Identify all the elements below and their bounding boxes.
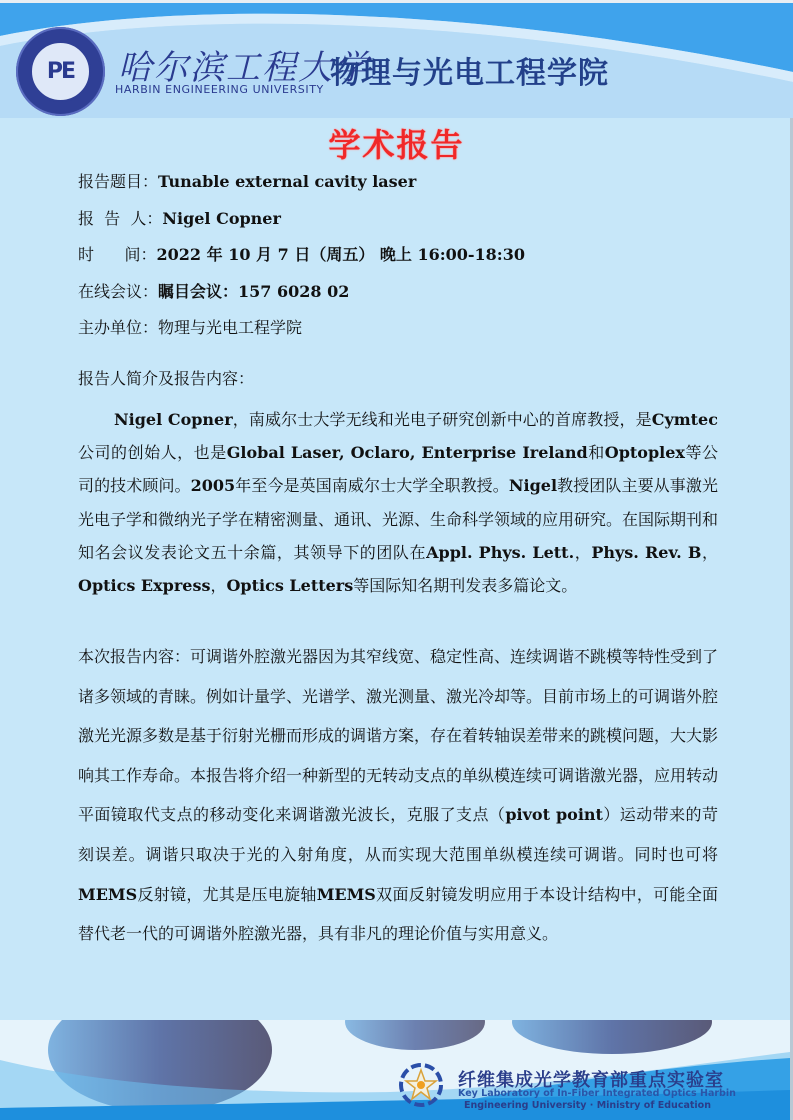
host-value: 物理与光电工程学院 — [158, 318, 302, 337]
info-topic: 报告题目：Tunable external cavity laser — [78, 168, 738, 205]
online-value: 瞩目会议：157 6028 02 — [158, 282, 349, 301]
content-pivot-point: pivot point — [505, 805, 603, 824]
time-label: 时 间： — [78, 245, 157, 264]
bio-text: ，南威尔士大学无线和光电子研究创新中心的首席教授，是 — [233, 410, 652, 429]
bio-nigel: Nigel — [509, 476, 557, 495]
lab-name-en-line2: Engineering University · Ministry of Edu… — [464, 1100, 711, 1111]
bio-text: 和 — [588, 443, 605, 462]
speaker-value: Nigel Copner — [162, 209, 281, 228]
separator: ， — [701, 543, 718, 562]
bio-text: 年至今是英国南威尔士大学全职教授。 — [235, 476, 509, 495]
lab-name-en-line1: Key Laboratory of In-Fiber Integrated Op… — [458, 1088, 736, 1099]
info-time: 时 间：2022 年 10 月 7 日（周五） 晚上 16:00-18:30 — [78, 241, 738, 278]
journal-optics-letters: Optics Letters — [226, 576, 353, 595]
bio-text: 等国际知名期刊发表多篇论文。 — [353, 576, 577, 595]
separator: ， — [574, 543, 591, 562]
topic-label: 报告题目： — [78, 172, 158, 191]
info-online-meeting: 在线会议：瞩目会议：157 6028 02 — [78, 278, 738, 315]
journal-apl: Appl. Phys. Lett. — [426, 543, 574, 562]
content-mems: MEMS — [317, 885, 376, 904]
bio-name: Nigel Copner — [114, 410, 233, 429]
bio-year: 2005 — [191, 476, 236, 495]
time-value: 2022 年 10 月 7 日（周五） 晚上 16:00-18:30 — [157, 245, 525, 264]
journal-prb: Phys. Rev. B — [591, 543, 701, 562]
poster-page: PE 哈尔滨工程大学 HARBIN ENGINEERING UNIVERSITY… — [0, 0, 793, 1120]
info-speaker: 报 告 人：Nigel Copner — [78, 205, 738, 242]
page-title: 学术报告 — [0, 120, 793, 166]
lab-logo-icon — [398, 1062, 444, 1108]
report-info: 报告题目：Tunable external cavity laser 报 告 人… — [78, 168, 738, 351]
journal-optics-express: Optics Express — [78, 576, 210, 595]
bio-text: 公司的创始人，也是 — [78, 443, 227, 462]
speaker-label: 报 告 人： — [78, 209, 162, 228]
topic-value: Tunable external cavity laser — [158, 172, 416, 191]
separator: ， — [210, 576, 226, 595]
school-name: 物理与光电工程学院 — [330, 48, 609, 92]
school-logo: PE — [16, 27, 105, 116]
university-name-en: HARBIN ENGINEERING UNIVERSITY — [115, 83, 324, 96]
host-label: 主办单位： — [78, 318, 158, 337]
bio-company-optoplex: Optoplex — [605, 443, 685, 462]
bio-company: Cymtec — [652, 410, 718, 429]
online-label: 在线会议： — [78, 282, 158, 301]
bio-consulting-companies: Global Laser, Oclaro, Enterprise Ireland — [227, 443, 588, 462]
intro-heading: 报告人简介及报告内容： — [78, 366, 254, 389]
content-text: 本次报告内容：可调谐外腔激光器因为其窄线宽、稳定性高、连续调谐不跳模等特性受到了… — [78, 647, 718, 824]
report-content-paragraph: 本次报告内容：可调谐外腔激光器因为其窄线宽、稳定性高、连续调谐不跳模等特性受到了… — [78, 637, 718, 954]
speaker-bio-paragraph: Nigel Copner，南威尔士大学无线和光电子研究创新中心的首席教授，是Cy… — [78, 403, 718, 602]
content-mems: MEMS — [78, 885, 137, 904]
info-host: 主办单位：物理与光电工程学院 — [78, 314, 738, 351]
header-banner: PE 哈尔滨工程大学 HARBIN ENGINEERING UNIVERSITY… — [0, 0, 793, 118]
content-text: 反射镜，尤其是压电旋轴 — [137, 885, 317, 904]
logo-pe-text: PE — [47, 59, 74, 84]
